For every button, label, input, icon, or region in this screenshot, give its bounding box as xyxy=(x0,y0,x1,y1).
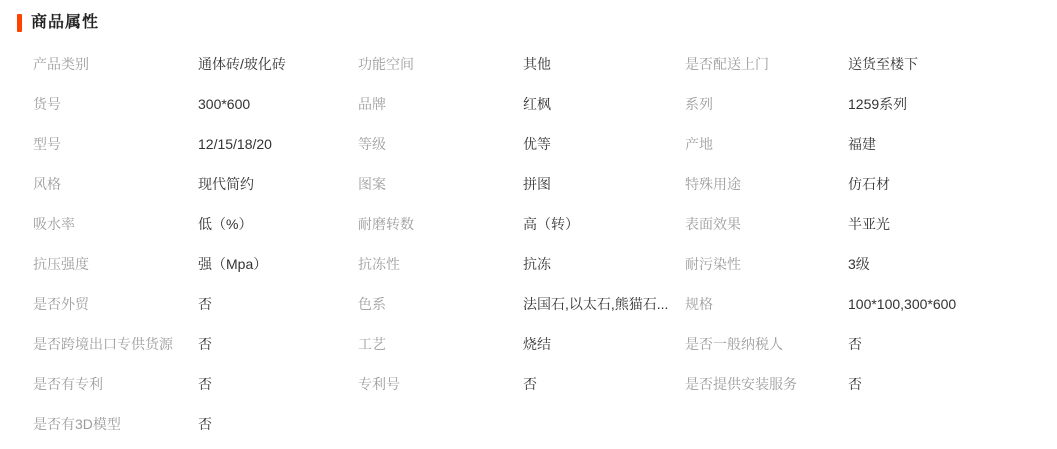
attribute-value: 现代简约 xyxy=(198,164,358,204)
attribute-value: 否 xyxy=(198,404,358,444)
attribute-value: 否 xyxy=(848,364,1057,404)
attribute-label: 特殊用途 xyxy=(685,164,848,204)
attribute-label: 型号 xyxy=(33,124,198,164)
attribute-label: 是否一般纳税人 xyxy=(685,324,848,364)
attribute-value: 1259系列 xyxy=(848,84,1057,124)
attribute-value: 3级 xyxy=(848,244,1057,284)
attribute-value: 法国石,以太石,熊猫石... xyxy=(523,284,685,324)
attribute-value: 福建 xyxy=(848,124,1057,164)
attribute-label: 系列 xyxy=(685,84,848,124)
attribute-value: 送货至楼下 xyxy=(848,44,1057,84)
attribute-value: 通体砖/玻化砖 xyxy=(198,44,358,84)
attribute-label: 是否有专利 xyxy=(33,364,198,404)
attribute-label: 抗冻性 xyxy=(358,244,523,284)
attribute-value: 优等 xyxy=(523,124,685,164)
attribute-value: 否 xyxy=(198,324,358,364)
attribute-value: 仿石材 xyxy=(848,164,1057,204)
attribute-value: 红枫 xyxy=(523,84,685,124)
attribute-value: 否 xyxy=(523,364,685,404)
attribute-label: 是否外贸 xyxy=(33,284,198,324)
attribute-value: 否 xyxy=(198,284,358,324)
attribute-label: 图案 xyxy=(358,164,523,204)
attribute-label: 色系 xyxy=(358,284,523,324)
attribute-value: 12/15/18/20 xyxy=(198,124,358,164)
attribute-value: 烧结 xyxy=(523,324,685,364)
attribute-value: 否 xyxy=(848,324,1057,364)
attributes-table: 产品类别 通体砖/玻化砖 功能空间 其他 是否配送上门 送货至楼下 货号 300… xyxy=(33,44,1057,444)
attribute-label: 功能空间 xyxy=(358,44,523,84)
panel-title: 商品属性 xyxy=(31,14,99,32)
attribute-label: 耐污染性 xyxy=(685,244,848,284)
attribute-label: 产地 xyxy=(685,124,848,164)
panel-header: 商品属性 xyxy=(0,0,1057,32)
attribute-label: 是否配送上门 xyxy=(685,44,848,84)
attribute-label: 是否提供安装服务 xyxy=(685,364,848,404)
attribute-label: 是否有3D模型 xyxy=(33,404,198,444)
attribute-label: 风格 xyxy=(33,164,198,204)
attribute-label: 产品类别 xyxy=(33,44,198,84)
attribute-value: 抗冻 xyxy=(523,244,685,284)
attribute-label: 耐磨转数 xyxy=(358,204,523,244)
attribute-label: 专利号 xyxy=(358,364,523,404)
attribute-label: 是否跨境出口专供货源 xyxy=(33,324,198,364)
attribute-label: 吸水率 xyxy=(33,204,198,244)
attribute-label: 等级 xyxy=(358,124,523,164)
attribute-value: 100*100,300*600 xyxy=(848,284,1057,324)
product-attributes-panel: 商品属性 产品类别 通体砖/玻化砖 功能空间 其他 是否配送上门 送货至楼下 货… xyxy=(0,0,1057,449)
attribute-value: 300*600 xyxy=(198,84,358,124)
attribute-label: 规格 xyxy=(685,284,848,324)
attribute-value: 拼图 xyxy=(523,164,685,204)
attribute-value: 半亚光 xyxy=(848,204,1057,244)
attribute-label: 货号 xyxy=(33,84,198,124)
attribute-value: 强（Mpa） xyxy=(198,244,358,284)
attribute-value: 其他 xyxy=(523,44,685,84)
attribute-value: 高（转） xyxy=(523,204,685,244)
attribute-value: 低（%） xyxy=(198,204,358,244)
attribute-value: 否 xyxy=(198,364,358,404)
accent-bar-icon xyxy=(17,14,22,32)
attribute-label: 工艺 xyxy=(358,324,523,364)
attribute-label: 表面效果 xyxy=(685,204,848,244)
attribute-label: 抗压强度 xyxy=(33,244,198,284)
attribute-label: 品牌 xyxy=(358,84,523,124)
